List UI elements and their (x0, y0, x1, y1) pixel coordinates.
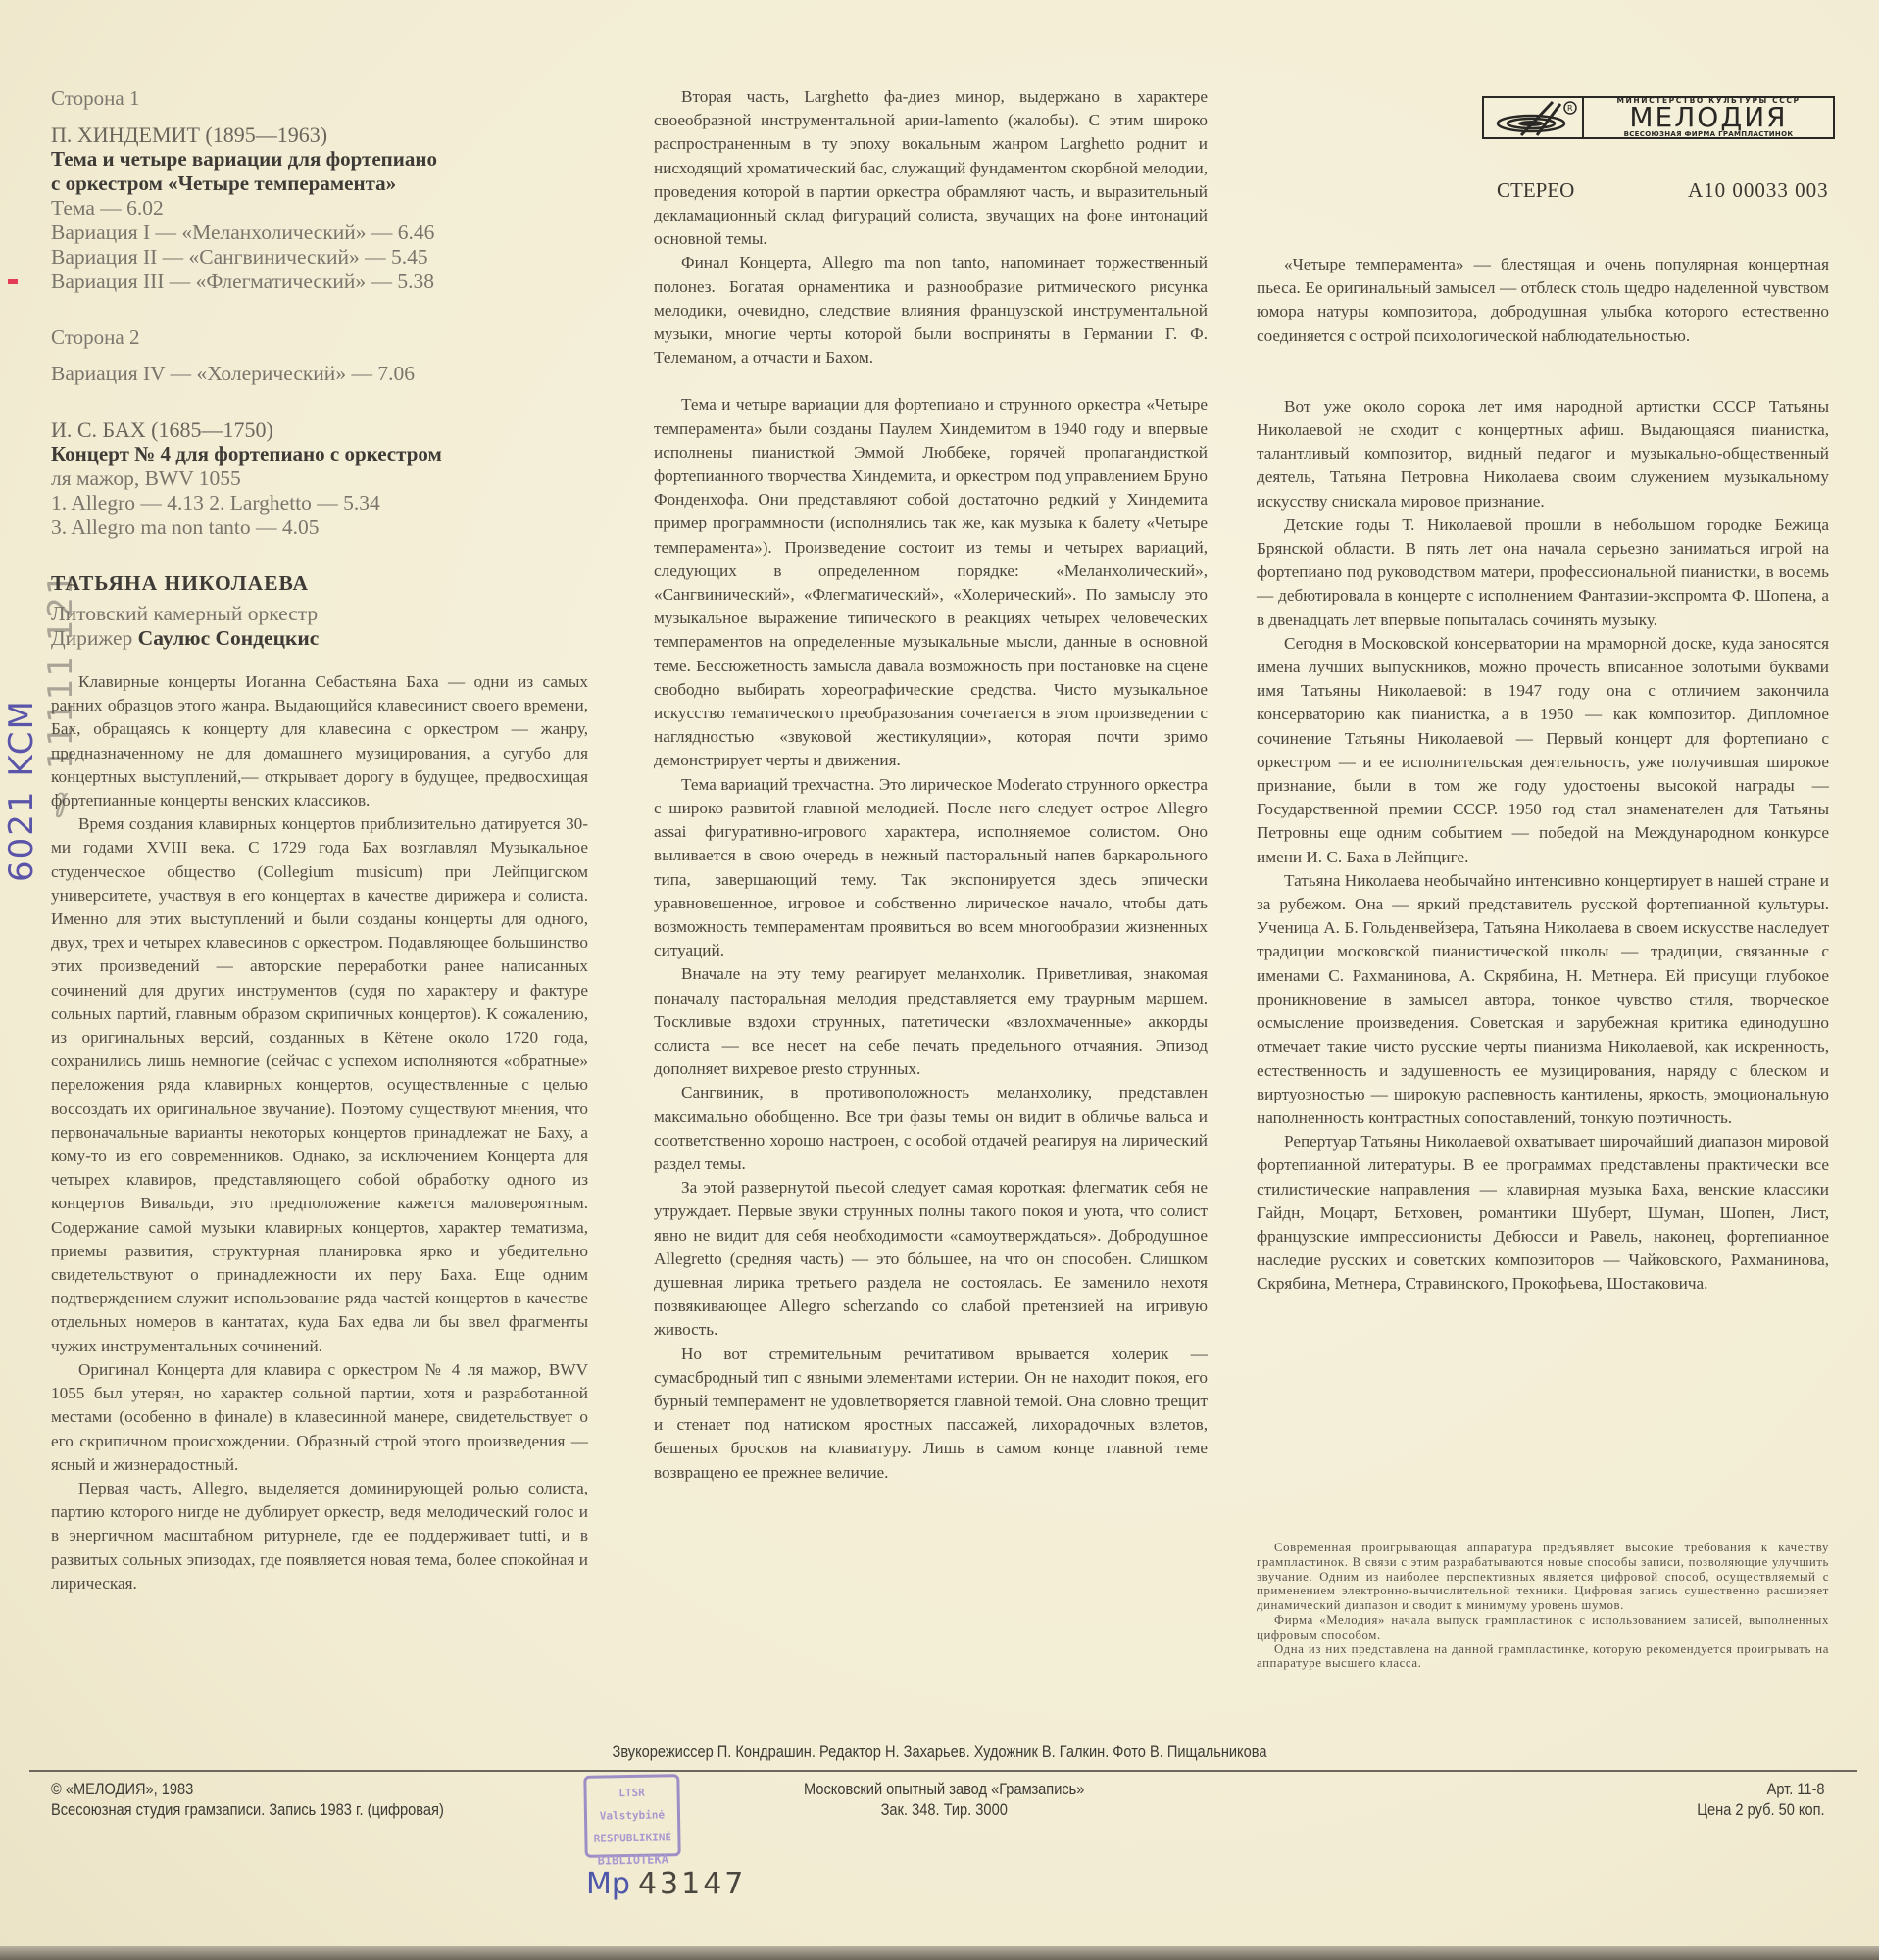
paragraph: Вначале на эту тему реагирует меланхолик… (654, 962, 1208, 1081)
paragraph: Фирма «Мелодия» начала выпуск грампласти… (1257, 1613, 1829, 1642)
production-credits: Звукорежиссер П. Кондрашин. Редактор Н. … (131, 1742, 1748, 1762)
side-1-label: Сторона 1 (51, 86, 600, 111)
track: Вариация I — «Меланхолический» — 6.46 (51, 220, 600, 245)
svg-text:R: R (1567, 104, 1573, 113)
accession-prefix: Мр (586, 1867, 630, 1901)
logo-name: МЕЛОДИЯ (1629, 105, 1787, 130)
paragraph: Современная проигрывающая аппаратура пре… (1257, 1541, 1829, 1613)
track: Вариация IV — «Холерический» — 7.06 (51, 362, 600, 386)
paragraph: Вторая часть, Larghetto фа-диез минор, в… (654, 85, 1208, 251)
paragraph: Татьяна Николаева необычайно интенсивно … (1257, 869, 1829, 1130)
composer-bach: И. С. БАХ (1685—1750) (51, 417, 600, 442)
stamp-line: LTSR Valstybinė (586, 1781, 677, 1828)
paragraph: Детские годы Т. Николаевой прошли в небо… (1257, 514, 1829, 632)
handwriting-blue: 6021 KCM (2, 699, 41, 882)
orchestra: Литовский камерный оркестр (51, 602, 600, 626)
track: 3. Allegro ma non tanto — 4.05 (51, 515, 600, 540)
footer-center: Московский опытный завод «Грамзапись» За… (804, 1779, 1084, 1820)
stereo-label: СТЕРЕО (1497, 178, 1574, 203)
track: Тема — 6.02 (51, 196, 600, 220)
library-stamp: LTSR Valstybinė RESPUBLIKINĖ BIBLIOTEKA (583, 1774, 680, 1858)
track: 1. Allegro — 4.13 2. Larghetto — 5.34 (51, 491, 600, 515)
footer-right: Арт. 11-8 Цена 2 руб. 50 коп. (1698, 1779, 1825, 1820)
paragraph: Тема и четыре вариации для фортепиано и … (654, 393, 1208, 772)
paragraph: Оригинал Концерта для клавира с оркестро… (51, 1358, 588, 1477)
catalog-number: А10 00033 003 (1688, 178, 1829, 203)
tracklist: Сторона 1 П. ХИНДЕМИТ (1895—1963) Тема и… (51, 86, 600, 651)
track: Вариация II — «Сангвинический» — 5.45 (51, 245, 600, 269)
footer-divider (29, 1770, 1857, 1772)
sleeve-edge (0, 1946, 1879, 1960)
margin-handwriting: 6021 KCM ℓ 11111 121 (2, 39, 41, 882)
notes-column-3: «Четыре темперамента» — блестящая и очен… (1257, 253, 1829, 1297)
notes-column-2: Вторая часть, Larghetto фа-диез минор, в… (654, 85, 1208, 1485)
paragraph: Одна из них представлена на данной грамп… (1257, 1642, 1829, 1672)
paragraph: Тема вариаций трехчастна. Это лирическое… (654, 773, 1208, 963)
copyright: © «МЕЛОДИЯ», 1983 (51, 1779, 444, 1799)
accession-digits: 43147 (638, 1867, 746, 1901)
accession-number: Мр43147 (586, 1867, 746, 1901)
conductor-name: Саулюс Сондецкис (138, 626, 320, 650)
paragraph: Сангвиник, в противоположность меланхоли… (654, 1081, 1208, 1176)
performer-name: ТАТЬЯНА НИКОЛАЕВА (51, 571, 600, 596)
work2-title-line2: ля мажор, BWV 1055 (51, 466, 600, 491)
composer-hindemith: П. ХИНДЕМИТ (1895—1963) (51, 122, 600, 147)
track: Вариация III — «Флегматический» — 5.38 (51, 269, 600, 294)
footer-left: © «МЕЛОДИЯ», 1983 Всесоюзная студия грам… (51, 1779, 444, 1820)
logo-firm: ВСЕСОЮЗНАЯ ФИРМА ГРАМПЛАСТИНОК (1624, 130, 1794, 138)
paragraph: Время создания клавирных концертов прибл… (51, 812, 588, 1358)
pressing-plant: Московский опытный завод «Грамзапись» (804, 1779, 1084, 1799)
order-info: Зак. 348. Тир. 3000 (804, 1799, 1084, 1820)
work-title-line2: с оркестром «Четыре темперамента» (51, 171, 600, 196)
work-title-line1: Тема и четыре вариации для фортепиано (51, 147, 600, 171)
price: Цена 2 руб. 50 коп. (1698, 1799, 1825, 1820)
paragraph: Сегодня в Московской консерватории на мр… (1257, 632, 1829, 869)
paragraph: За этой развернутой пьесой следует самая… (654, 1176, 1208, 1342)
paragraph: «Четыре темперамента» — блестящая и очен… (1257, 253, 1829, 348)
paragraph: Финал Концерта, Allegro ma non tanto, на… (654, 251, 1208, 369)
conductor-label: Дирижер (51, 626, 132, 650)
melodiya-emblem-icon: R (1484, 98, 1584, 137)
stamp-line: RESPUBLIKINĖ (587, 1826, 677, 1850)
paragraph: Но вот стремительным речитативом врывает… (654, 1343, 1208, 1485)
conductor: Дирижер Саулюс Сондецкис (51, 626, 600, 651)
melodiya-logo: R МИНИСТЕРСТВО КУЛЬТУРЫ СССР МЕЛОДИЯ ВСЕ… (1482, 96, 1835, 139)
work2-title-line1: Концерт № 4 для фортепиано с оркестром (51, 442, 600, 466)
notes-column-1: Клавирные концерты Иоганна Себастьяна Ба… (51, 670, 588, 1595)
paragraph: Репертуар Татьяны Николаевой охватывает … (1257, 1130, 1829, 1296)
red-mark (8, 279, 18, 284)
side-2-label: Сторона 2 (51, 325, 600, 350)
article-number: Арт. 11-8 (1698, 1779, 1825, 1799)
paragraph: Первая часть, Allegro, выделяется домини… (51, 1477, 588, 1595)
paragraph: Клавирные концерты Иоганна Себастьяна Ба… (51, 670, 588, 812)
recording-studio: Всесоюзная студия грамзаписи. Запись 198… (51, 1799, 444, 1820)
paragraph: Вот уже около сорока лет имя народной ар… (1257, 395, 1829, 514)
digital-recording-note: Современная проигрывающая аппаратура пре… (1257, 1541, 1829, 1671)
